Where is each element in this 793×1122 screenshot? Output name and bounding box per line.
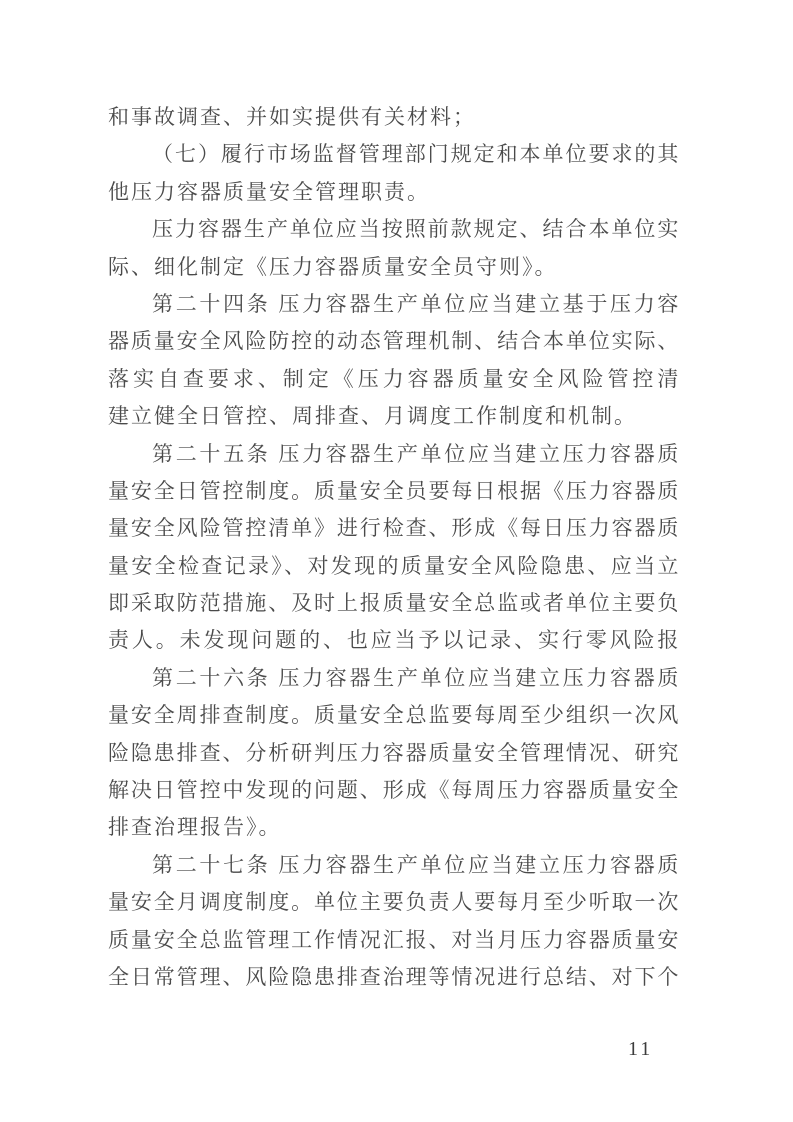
text-line: 量安全日管控制度。质量安全员要每日根据《压力容器质 — [108, 473, 680, 510]
document-body: 和事故调查、并如实提供有关材料； （七）履行市场监督管理部门规定和本单位要求的其… — [108, 99, 680, 996]
text-line: 责人。未发现问题的、也应当予以记录、实行零风险报告。 — [108, 622, 680, 659]
text-line: 质量安全总监管理工作情况汇报、对当月压力容器质量安 — [108, 922, 680, 959]
paragraph-article-25: 第二十五条 压力容器生产单位应当建立压力容器质 量安全日管控制度。质量安全员要每… — [108, 436, 680, 660]
text-line: （七）履行市场监督管理部门规定和本单位要求的其 — [108, 136, 680, 173]
text-line: 即采取防范措施、及时上报质量安全总监或者单位主要负 — [108, 585, 680, 622]
text-line: 险隐患排查、分析研判压力容器质量安全管理情况、研究 — [108, 735, 680, 772]
text-line: 第二十五条 压力容器生产单位应当建立压力容器质 — [108, 436, 680, 473]
text-line: 量安全月调度制度。单位主要负责人要每月至少听取一次 — [108, 884, 680, 921]
page-number: 11 — [628, 1038, 668, 1061]
text-line: 量安全检查记录》、对发现的质量安全风险隐患、应当立 — [108, 548, 680, 585]
paragraph-article-26: 第二十六条 压力容器生产单位应当建立压力容器质 量安全周排查制度。质量安全总监要… — [108, 660, 680, 847]
text-line: 压力容器生产单位应当按照前款规定、结合本单位实 — [108, 211, 680, 248]
paragraph-article-27: 第二十七条 压力容器生产单位应当建立压力容器质 量安全月调度制度。单位主要负责人… — [108, 847, 680, 997]
text-line: 量安全周排查制度。质量安全总监要每周至少组织一次风 — [108, 697, 680, 734]
paragraph-continuation: 和事故调查、并如实提供有关材料； — [108, 99, 680, 136]
text-line: 第二十七条 压力容器生产单位应当建立压力容器质 — [108, 847, 680, 884]
text-line: 第二十四条 压力容器生产单位应当建立基于压力容 — [108, 286, 680, 323]
paragraph-code-of-conduct: 压力容器生产单位应当按照前款规定、结合本单位实 际、细化制定《压力容器质量安全员… — [108, 211, 680, 286]
text-line: 际、细化制定《压力容器质量安全员守则》。 — [108, 249, 680, 286]
text-line: 器质量安全风险防控的动态管理机制、结合本单位实际、 — [108, 323, 680, 360]
text-line: 排查治理报告》。 — [108, 809, 680, 846]
text-line: 全日常管理、风险隐患排查治理等情况进行总结、对下个 — [108, 959, 680, 996]
text-line: 落实自查要求、制定《压力容器质量安全风险管控清单》、 — [108, 361, 680, 398]
text-line: 解决日管控中发现的问题、形成《每周压力容器质量安全 — [108, 772, 680, 809]
text-line: 量安全风险管控清单》进行检查、形成《每日压力容器质 — [108, 510, 680, 547]
document-page: 和事故调查、并如实提供有关材料； （七）履行市场监督管理部门规定和本单位要求的其… — [0, 0, 793, 1122]
text-line: 他压力容器质量安全管理职责。 — [108, 174, 680, 211]
text-line: 第二十六条 压力容器生产单位应当建立压力容器质 — [108, 660, 680, 697]
text-line: 和事故调查、并如实提供有关材料； — [108, 99, 680, 136]
text-line: 建立健全日管控、周排查、月调度工作制度和机制。 — [108, 398, 680, 435]
paragraph-item-seven: （七）履行市场监督管理部门规定和本单位要求的其 他压力容器质量安全管理职责。 — [108, 136, 680, 211]
paragraph-article-24: 第二十四条 压力容器生产单位应当建立基于压力容 器质量安全风险防控的动态管理机制… — [108, 286, 680, 436]
